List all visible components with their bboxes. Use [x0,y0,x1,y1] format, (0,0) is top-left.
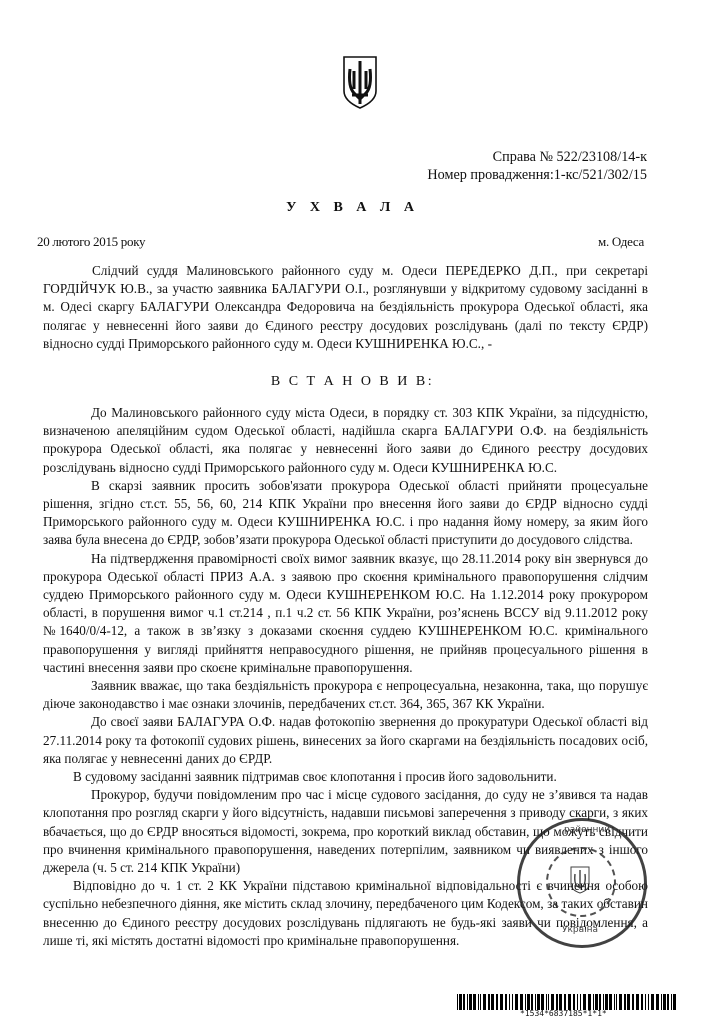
coat-of-arms-icon [342,55,378,110]
barcode-bar [527,994,530,1010]
paragraph: В судовому засіданні заявник підтримав с… [43,768,648,786]
barcode-bar [535,994,536,1010]
paragraph: В скарзі заявник просить зобов'язати про… [43,477,648,550]
barcode-bar [619,994,622,1010]
barcode-bar [636,994,639,1010]
barcode-text: *1534*6837185*1*1* [520,1009,607,1018]
court-stamp: районний Україна [517,818,647,948]
barcode-bar [663,994,666,1010]
barcode-bar [551,994,554,1010]
barcode-bar [641,994,643,1010]
barcode-bar [656,994,659,1010]
barcode-bar [505,994,507,1010]
barcode-bar [614,994,615,1010]
barcode-bar [661,994,662,1010]
barcode-bar [556,994,558,1010]
barcode-bar [488,994,490,1010]
stamp-trident-icon [570,866,590,894]
paragraph: На підтвердження правомірності своїх вим… [43,550,648,677]
barcode-bar [603,994,604,1010]
barcode-bar [531,994,533,1010]
barcode-bar [632,994,634,1010]
stamp-top-text: районний [564,825,610,835]
barcode-bar [500,994,503,1010]
intro-section: Слідчий суддя Малиновського районного су… [43,262,648,353]
document-date: 20 лютого 2015 року [37,234,145,250]
barcode-bar [459,994,462,1010]
barcode-bar [583,994,586,1010]
stamp-bottom-text: Україна [562,925,598,935]
intro-paragraph: Слідчий суддя Малиновського районного су… [43,262,648,353]
document-city: м. Одеса [598,234,644,250]
barcode-bar [667,994,669,1010]
barcode-bar [559,994,562,1010]
barcode-bar [588,994,591,1010]
barcode-bar [467,994,468,1010]
barcode-bar [512,994,513,1010]
barcode-bar [480,994,481,1010]
barcode-bar [577,994,578,1010]
barcode-bar [627,994,630,1010]
barcode-bar [564,994,566,1010]
barcode-bar [599,994,601,1010]
barcode-bar [580,994,581,1010]
barcode-bar [496,994,498,1010]
barcode-bar [491,994,494,1010]
case-info: Справа № 522/23108/14-к Номер провадженн… [427,148,647,184]
document-title: У Х В А Л А [0,200,705,216]
paragraph: До своєї заяви БАЛАГУРА О.Ф. надав фоток… [43,713,648,768]
barcode-bar [616,994,617,1010]
barcode-bar [457,994,458,1010]
barcode-bar [469,994,472,1010]
barcode-bar [478,994,479,1010]
barcode-bar [609,994,612,1010]
barcode-bar [673,994,676,1010]
barcode-bar [515,994,518,1010]
barcode-bar [473,994,476,1010]
section-heading: В С Т А Н О В И В: [0,374,705,390]
barcode-bar [573,994,575,1010]
barcode-bar [525,994,526,1010]
barcode-bar [648,994,649,1010]
barcode-bar [509,994,510,1010]
barcode-bar [624,994,626,1010]
case-number: Справа № 522/23108/14-к [427,148,647,166]
barcode-bar [568,994,571,1010]
barcode [457,994,679,1010]
paragraph: Заявник вважає, що така бездіяльність пр… [43,677,648,713]
barcode-bar [483,994,486,1010]
barcode-bar [645,994,646,1010]
barcode-bar [651,994,654,1010]
barcode-bar [671,994,672,1010]
barcode-bar [463,994,465,1010]
proceeding-number: Номер провадження:1-кс/521/302/15 [427,166,647,184]
barcode-bar [541,994,544,1010]
barcode-bar [546,994,547,1010]
barcode-bar [595,994,598,1010]
barcode-bar [593,994,594,1010]
barcode-bar [520,994,523,1010]
barcode-bar [548,994,549,1010]
barcode-bar [537,994,540,1010]
barcode-bar [605,994,608,1010]
paragraph: До Малиновського районного суду міста Од… [43,404,648,477]
